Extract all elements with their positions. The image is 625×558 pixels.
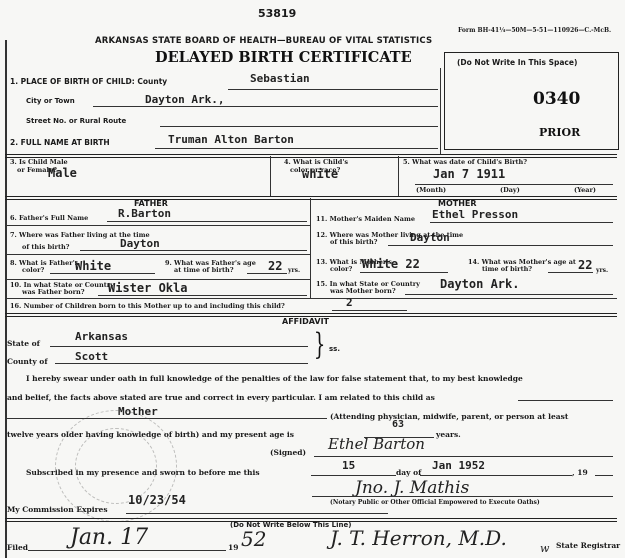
father-color-label-2: color? — [22, 266, 44, 274]
father-birthplace-label-2: was Father born? — [22, 288, 85, 296]
relation-line-2 — [7, 418, 327, 419]
signed-line — [314, 456, 613, 457]
father-age-value[interactable]: 22 — [268, 259, 282, 273]
children-count-line — [332, 310, 407, 311]
page-left-border — [5, 40, 7, 558]
office-use-caption: (Do Not Write In This Space) — [457, 58, 577, 67]
county-affidavit-value[interactable]: Scott — [75, 350, 108, 363]
full-name-value[interactable]: Truman Alton Barton — [168, 133, 294, 146]
father-mother-divider — [310, 198, 311, 298]
county-value[interactable]: Sebastian — [250, 72, 310, 85]
filed-year-suffix[interactable]: 52 — [241, 527, 266, 551]
sex-label-1: 3. Is Child Male — [10, 158, 68, 166]
affidavit-text-3: (Attending physician, midwife, parent, o… — [330, 412, 568, 421]
county-label: County of — [7, 357, 48, 366]
county-line — [228, 89, 438, 90]
office-use-box: (Do Not Write In This Space) 0340 PRIOR — [444, 52, 619, 150]
mother-residence-value[interactable]: Dayton — [410, 231, 450, 244]
city-label: City or Town — [26, 97, 75, 105]
commission-line — [126, 513, 388, 514]
mother-residence-label-2: of this birth? — [330, 238, 378, 246]
mother-color-label-2: color? — [330, 265, 352, 273]
father-residence-value[interactable]: Dayton — [120, 237, 160, 250]
sex-value[interactable]: Male — [48, 166, 77, 180]
mother-birthplace-value[interactable]: Dayton Ark. — [440, 277, 519, 291]
father-age-unit: yrs. — [288, 267, 300, 274]
filed-label: Filed — [7, 543, 28, 552]
relation-line-1 — [518, 400, 613, 401]
form-code: Form BH-41¼—50M—5-51—110926—C.-McB. — [458, 27, 611, 34]
full-name-label: 2. FULL NAME AT BIRTH — [10, 138, 110, 147]
children-count-label: 16. Number of Children born to this Moth… — [10, 302, 285, 310]
notary-line — [312, 496, 613, 497]
divider-6-7 — [5, 225, 310, 226]
dob-month-label: (Month) — [416, 186, 446, 194]
mother-age-unit: yrs. — [596, 267, 608, 274]
registrar-initial: w — [540, 542, 549, 555]
father-birthplace-line — [98, 295, 307, 296]
affidavit-heading: AFFIDAVIT — [282, 317, 329, 326]
filed-date-line — [28, 550, 226, 551]
place-of-birth-label: 1. PLACE OF BIRTH OF CHILD: County — [10, 77, 167, 86]
agency-name: ARKANSAS STATE BOARD OF HEALTH—BUREAU OF… — [95, 36, 432, 46]
father-name-line — [107, 221, 307, 222]
children-count-value[interactable]: 2 — [346, 296, 353, 309]
father-residence-label-2: of this birth? — [22, 243, 70, 251]
state-value[interactable]: Arkansas — [75, 330, 128, 343]
dob-label: 5. What was date of Child's Birth? — [403, 158, 527, 166]
office-number: 0340 — [533, 89, 580, 109]
father-name-value[interactable]: R.Barton — [118, 207, 171, 220]
mother-age-value[interactable]: 22 — [578, 258, 592, 272]
father-age-label-2: at time of birth? — [174, 266, 234, 274]
full-name-line — [155, 148, 438, 149]
section-1-right-border — [440, 68, 441, 155]
dob-line — [415, 184, 613, 185]
father-color-line — [50, 273, 155, 274]
sworn-day-value[interactable]: 15 — [342, 459, 355, 472]
father-name-label: 6. Father's Full Name — [10, 214, 88, 222]
mother-residence-line — [388, 245, 613, 246]
dob-day-label: (Day) — [500, 186, 520, 194]
child-color-value[interactable]: white — [302, 167, 338, 181]
mother-name-label: 11. Mother's Maiden Name — [316, 215, 415, 223]
father-birthplace-value[interactable]: Wister Okla — [108, 281, 187, 295]
mother-name-value[interactable]: Ethel Presson — [432, 208, 518, 221]
notary-seal-inner — [75, 428, 157, 504]
state-line — [50, 346, 308, 347]
divider-before-16 — [5, 298, 617, 299]
document-title: DELAYED BIRTH CERTIFICATE — [155, 49, 412, 66]
color-label-1: 4. What is Child's — [284, 158, 348, 166]
state-label: State of — [7, 339, 40, 348]
mother-age-line — [548, 272, 593, 273]
office-status: PRIOR — [539, 126, 580, 139]
filed-year-prefix: 19 — [228, 543, 238, 552]
divider-4-5 — [398, 156, 399, 196]
affidavit-text-1: I hereby swear under oath in full knowle… — [26, 374, 523, 383]
day-of-label: day of — [396, 468, 421, 477]
street-line — [160, 126, 438, 127]
divider-after-child — [5, 196, 617, 200]
city-value[interactable]: Dayton Ark., — [145, 93, 224, 106]
affidavit-text-2: and belief, the facts above stated are t… — [7, 393, 435, 402]
mother-color-line — [360, 272, 448, 273]
ss-label: ss. — [329, 345, 340, 353]
father-color-value[interactable]: White — [75, 259, 111, 273]
affiant-age-unit: years. — [436, 430, 461, 439]
mother-name-line — [430, 222, 613, 223]
sworn-year-prefix: , 19 — [572, 468, 588, 477]
mother-birthplace-label-2: was Mother born? — [330, 287, 396, 295]
county-affidavit-line — [55, 363, 308, 364]
registrar-signature[interactable]: J. T. Herron, M.D. — [330, 526, 507, 550]
city-line — [93, 106, 438, 107]
notary-caption: (Notary Public or Other Official Empower… — [330, 499, 540, 506]
sworn-month-year-value[interactable]: Jan 1952 — [432, 459, 485, 472]
mother-birthplace-line — [405, 294, 613, 295]
dob-value[interactable]: Jan 7 1911 — [433, 167, 505, 181]
mother-heading: MOTHER — [438, 199, 477, 208]
affiant-signature[interactable]: Ethel Barton — [328, 435, 425, 453]
divider-8-10 — [5, 279, 310, 280]
father-age-line — [247, 273, 287, 274]
filed-date-value[interactable]: Jan. 17 — [70, 525, 148, 550]
registrar-label: State Registrar — [556, 541, 620, 550]
affiant-age-value[interactable]: 63 — [392, 419, 404, 430]
sworn-year-line — [595, 475, 613, 476]
certificate-number: 53819 — [258, 7, 296, 20]
notary-signature[interactable]: Jno. J. Mathis — [355, 478, 469, 498]
sworn-day-line — [311, 475, 396, 476]
divider-7-8 — [5, 254, 310, 255]
mother-color-value[interactable]: White 22 — [362, 257, 420, 271]
father-residence-line — [80, 250, 307, 251]
sworn-month-line — [420, 475, 572, 476]
brace: } — [314, 330, 325, 360]
mother-age-label-2: time of birth? — [482, 265, 532, 273]
street-label: Street No. or Rural Route — [26, 117, 126, 125]
signed-label: (Signed) — [270, 448, 306, 457]
dob-year-label: (Year) — [574, 186, 596, 194]
divider-3-4 — [270, 156, 271, 196]
